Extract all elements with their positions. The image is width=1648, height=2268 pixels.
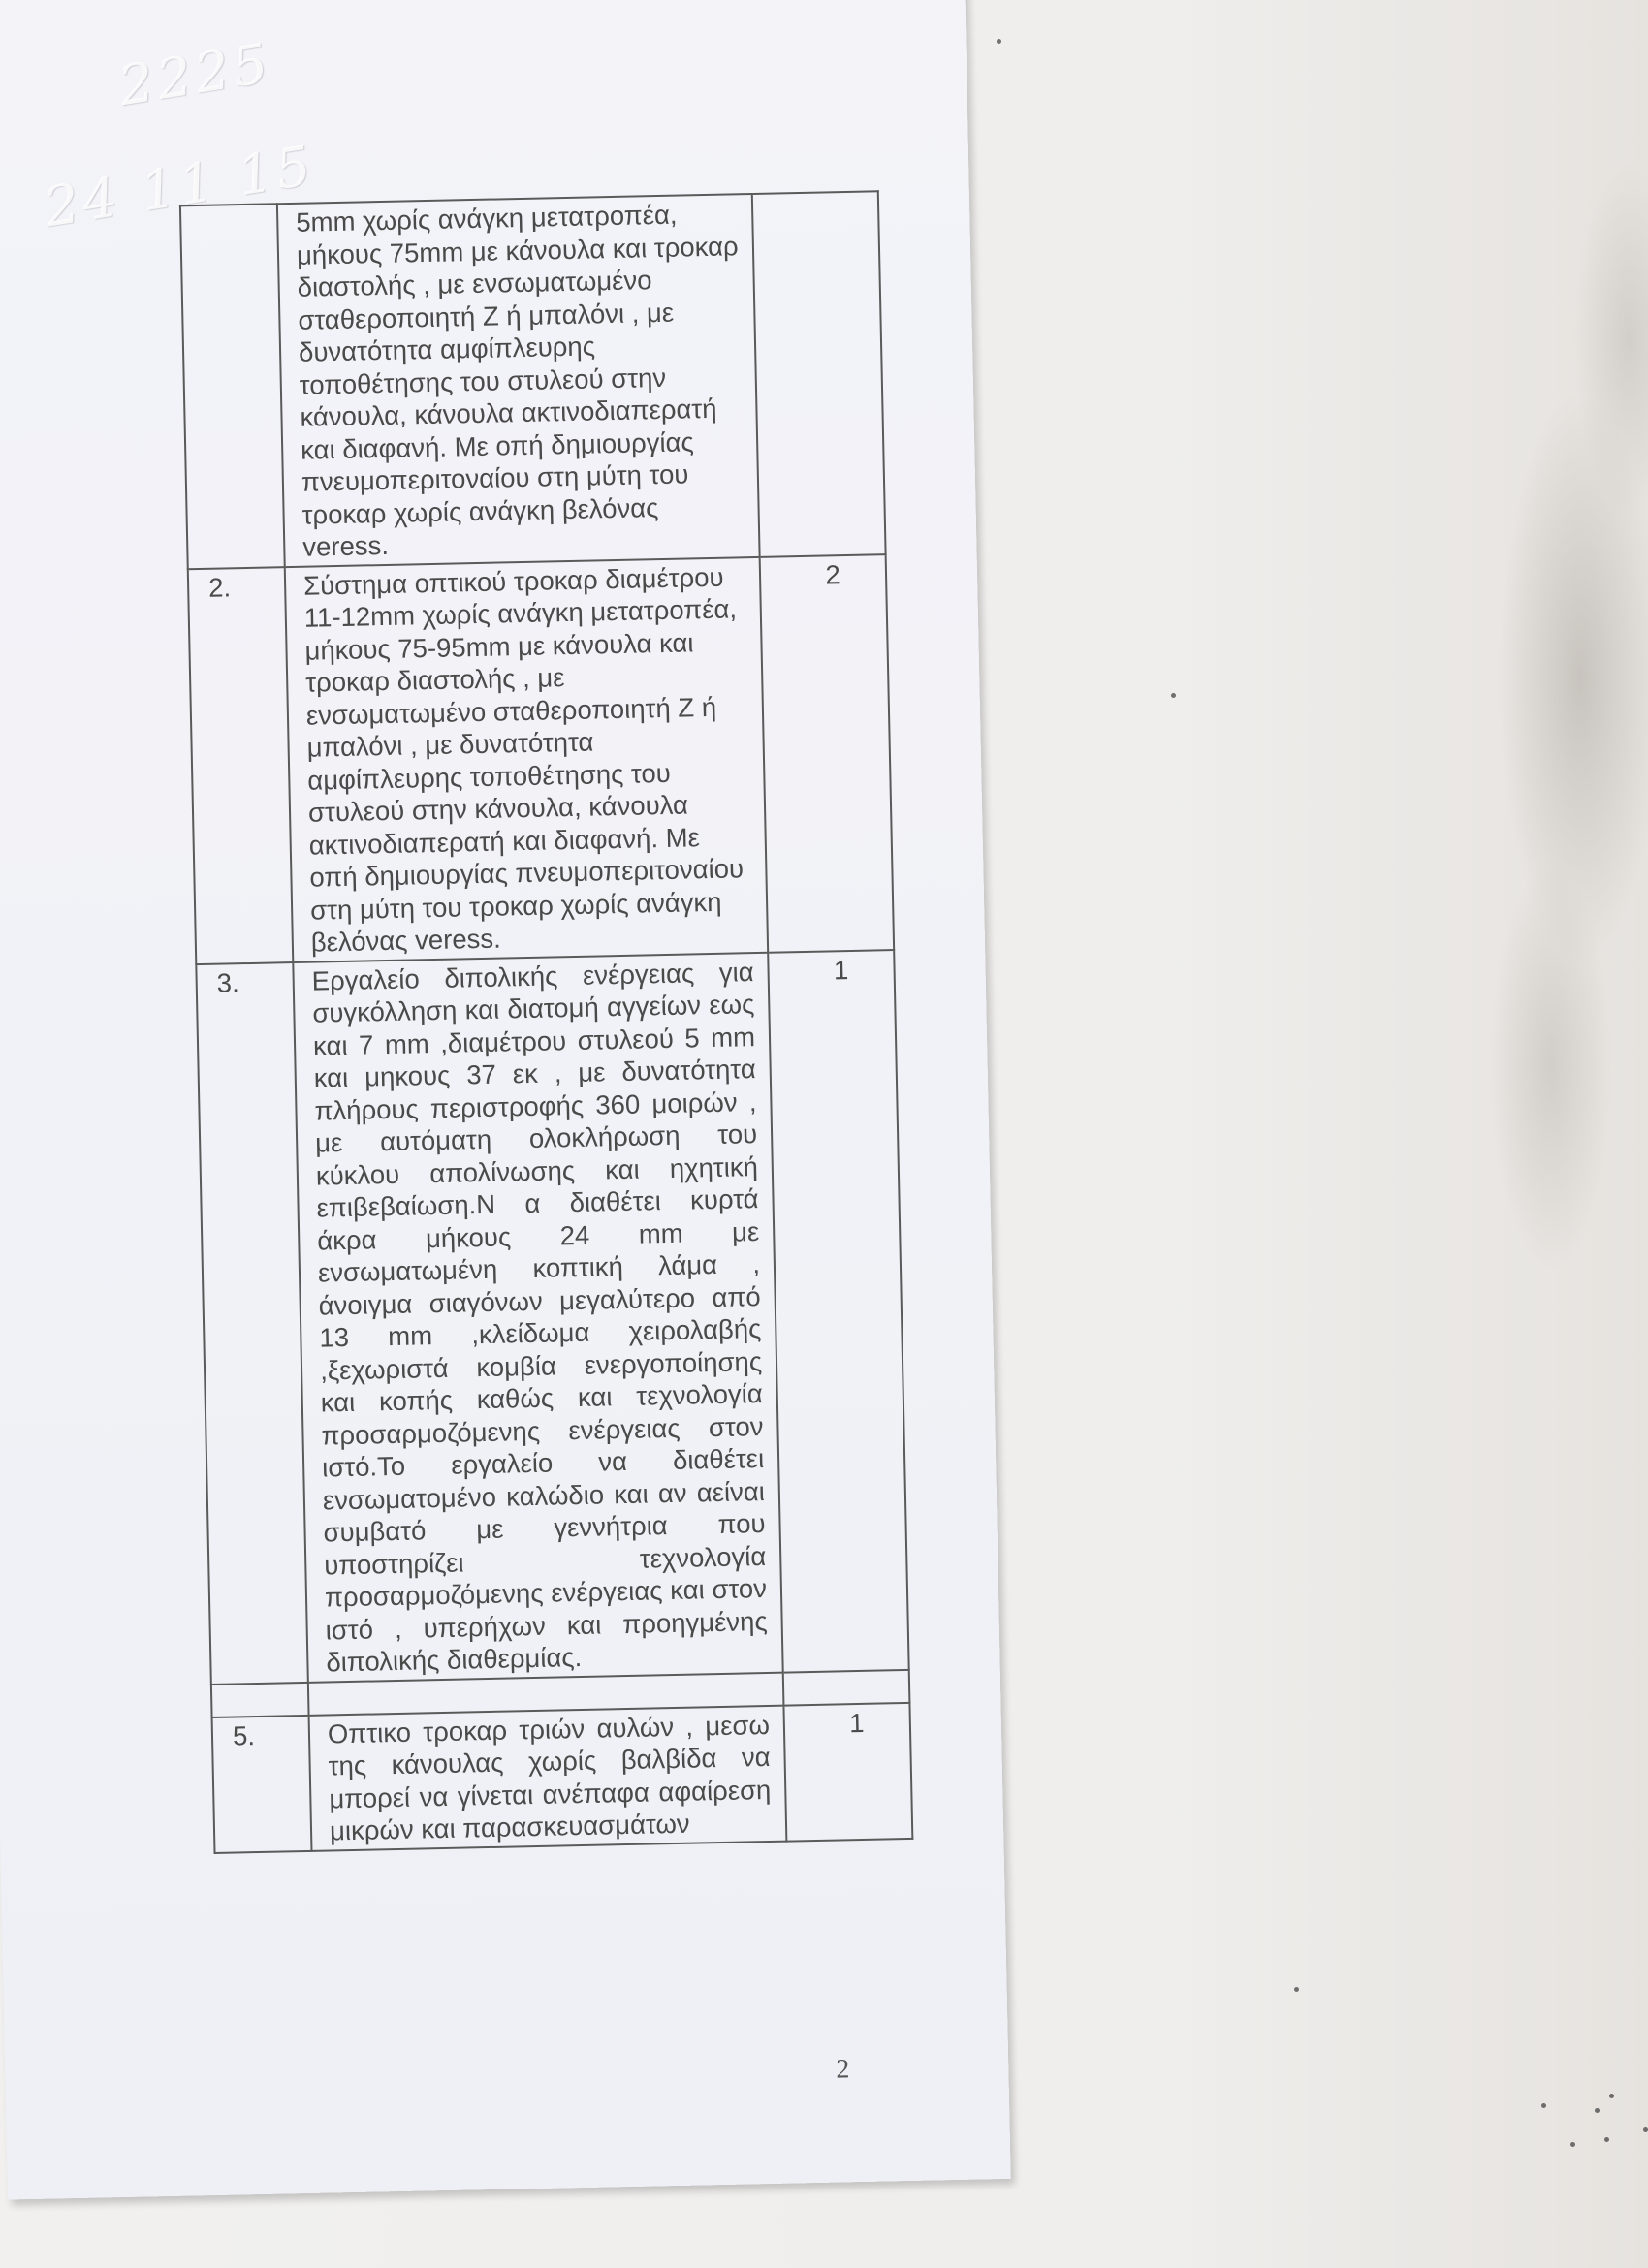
item-quantity bbox=[752, 191, 886, 556]
dust-speck bbox=[997, 39, 1001, 44]
item-description: Σύστημα οπτικού τροκαρ διαμέτρου 11-12mm… bbox=[285, 556, 768, 961]
item-number bbox=[211, 1682, 309, 1717]
item-quantity: 1 bbox=[783, 1702, 912, 1841]
specification-table: 5mm χωρίς ανάγκη μετατροπέα, μήκους 75mm… bbox=[179, 190, 913, 1853]
dust-speck bbox=[1595, 2108, 1600, 2113]
dust-speck bbox=[1570, 2142, 1575, 2147]
stamp-impression-number: 2225 bbox=[114, 32, 276, 119]
dust-speck bbox=[1609, 2094, 1614, 2098]
item-quantity: 2 bbox=[760, 554, 895, 953]
dust-speck bbox=[1604, 2137, 1609, 2142]
item-number: 3. bbox=[196, 962, 308, 1685]
dust-speck bbox=[1541, 2103, 1546, 2108]
item-number: 5. bbox=[212, 1715, 312, 1852]
document-page: 2225 24 11 15 5mm χωρίς ανάγκη μετατροπέ… bbox=[0, 0, 1011, 2199]
table-row: 3. Εργαλείο διπολικής ενέργειας για συγκ… bbox=[196, 950, 908, 1685]
dust-speck bbox=[1171, 693, 1176, 698]
item-description: Οπτικο τροκαρ τριών αυλών , μεσω της κάν… bbox=[309, 1705, 787, 1850]
table-row: 5mm χωρίς ανάγκη μετατροπέα, μήκους 75mm… bbox=[180, 191, 886, 568]
item-quantity: 1 bbox=[768, 950, 909, 1673]
item-number: 2. bbox=[188, 567, 294, 964]
item-number bbox=[180, 204, 285, 569]
dust-speck bbox=[1294, 1987, 1299, 1992]
table-row: 2. Σύστημα οπτικού τροκαρ διαμέτρου 11-1… bbox=[188, 554, 894, 964]
table-row: 5. Οπτικο τροκαρ τριών αυλών , μεσω της … bbox=[212, 1702, 913, 1852]
page-number: 2 bbox=[836, 2054, 850, 2085]
dust-speck bbox=[1643, 2127, 1648, 2132]
item-description: Εργαλείο διπολικής ενέργειας για συγκόλλ… bbox=[293, 952, 782, 1682]
item-quantity bbox=[783, 1669, 910, 1705]
item-description: 5mm χωρίς ανάγκη μετατροπέα, μήκους 75mm… bbox=[277, 194, 760, 567]
